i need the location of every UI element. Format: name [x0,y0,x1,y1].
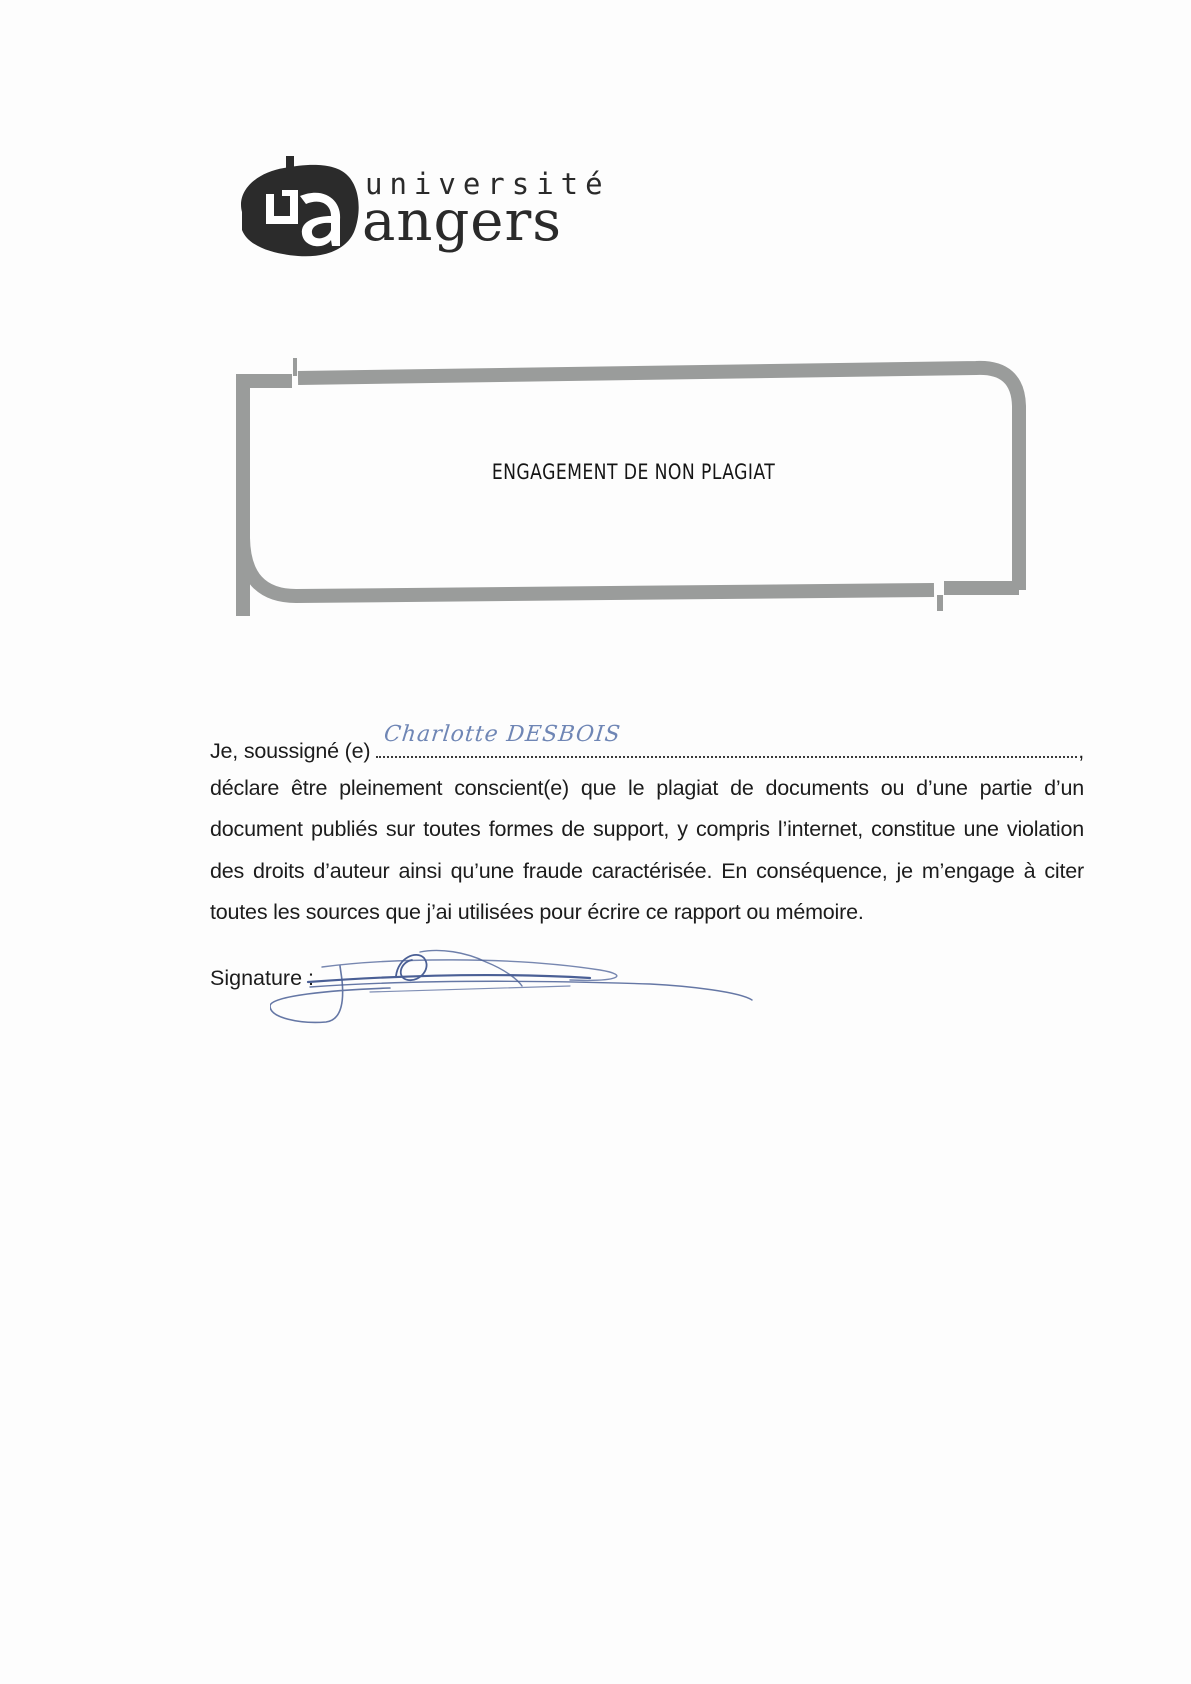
declaration-prefix: Je, soussigné (e) [210,731,370,773]
signature-field[interactable] [270,940,760,1030]
declaration-line: toutes les sources que j’ai utilisées po… [210,892,1084,934]
declaration-line: déclare être pleinement conscient(e) que… [210,768,1084,810]
handwritten-name: Charlotte DESBOIS [382,714,623,756]
name-line: Je, soussigné (e) Charlotte DESBOIS , [210,726,1084,768]
ua-logo-mark-icon [228,150,368,260]
document-title: ENGAGEMENT DE NON PLAGIAT [308,460,960,484]
name-field[interactable]: Charlotte DESBOIS [376,726,1077,758]
declaration-line: des droits d’auteur ainsi qu’une fraude … [210,851,1084,893]
declaration-text: Je, soussigné (e) Charlotte DESBOIS , dé… [210,726,1084,934]
logo-text-angers: angers [362,194,562,250]
declaration-line: document publiés sur toutes formes de su… [210,809,1084,851]
frame-border-icon [236,358,1031,616]
handwritten-signature-icon [270,940,760,1030]
university-logo: université angers [228,150,568,260]
title-frame: ENGAGEMENT DE NON PLAGIAT [236,358,1031,616]
name-suffix: , [1078,731,1084,773]
